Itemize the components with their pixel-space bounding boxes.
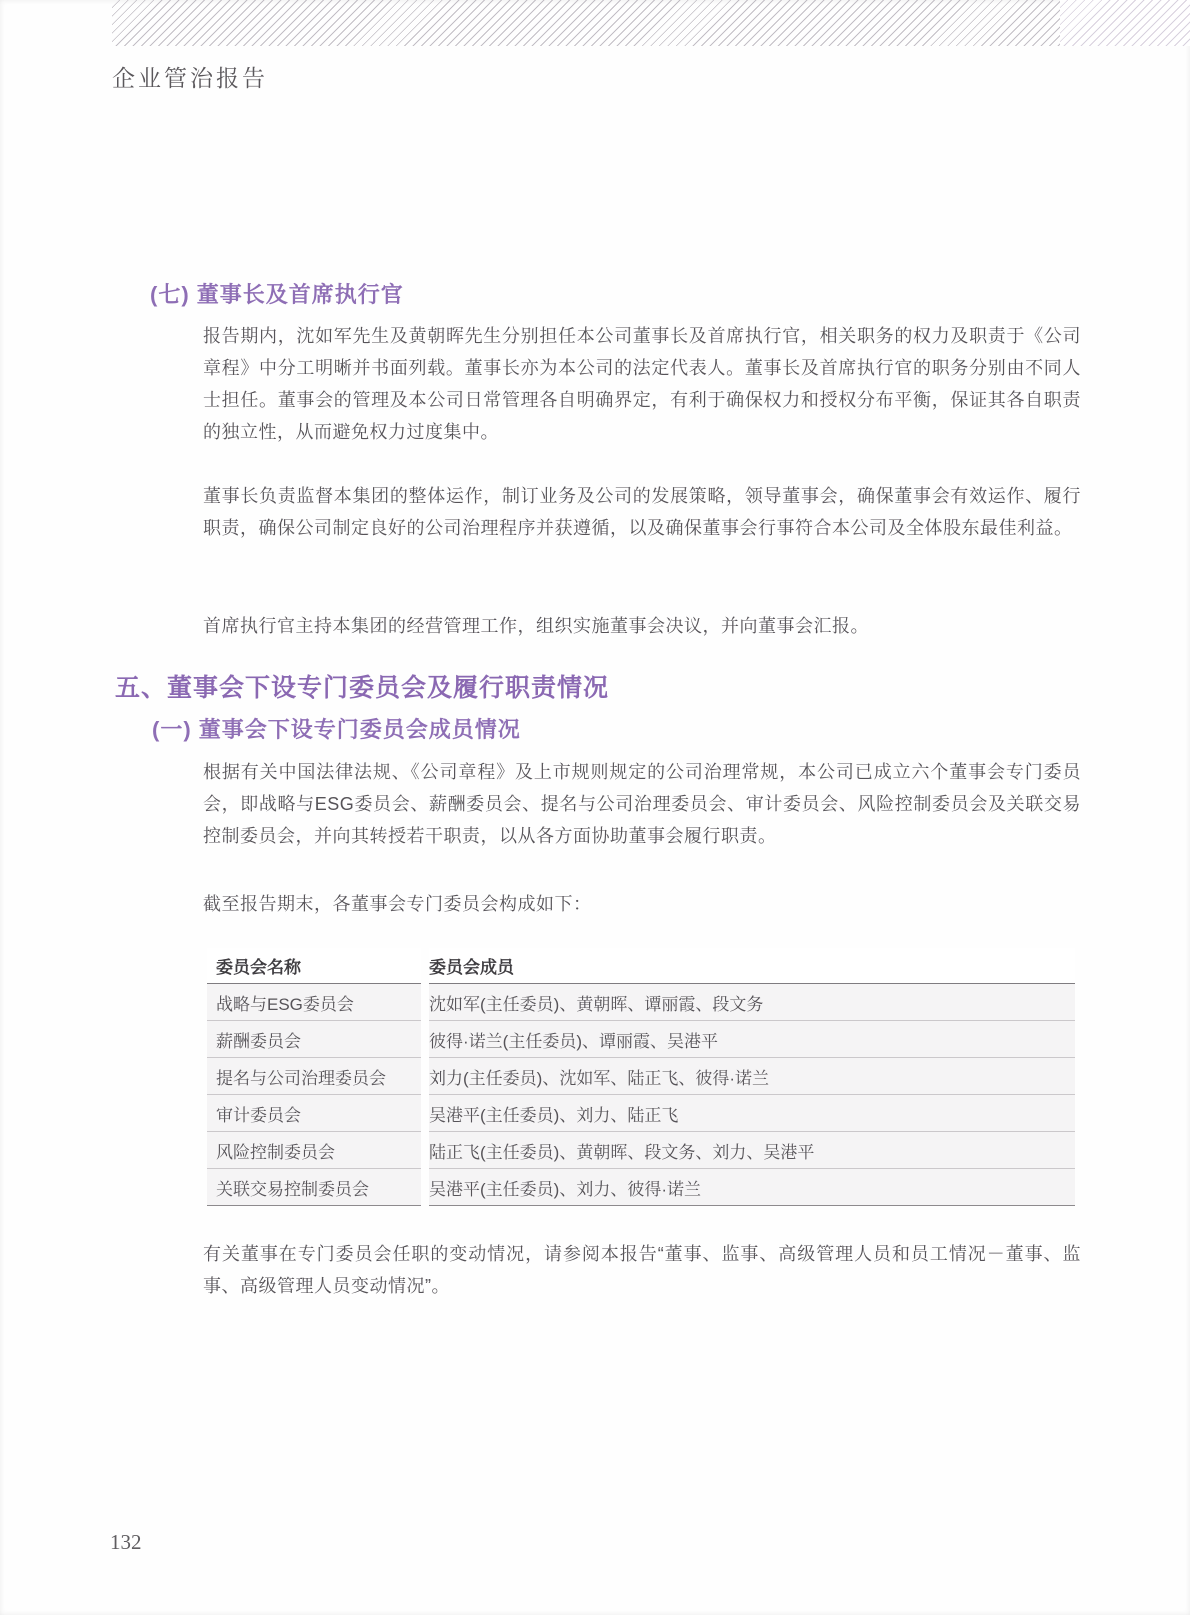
committee-name-cell: 审计委员会 <box>207 1095 421 1132</box>
document-section-title: 企业管治报告 <box>112 60 268 93</box>
table-row: 审计委员会 吴港平(主任委员)、刘力、陆正飞 <box>207 1095 1075 1132</box>
committee-members-cell: 彼得·诺兰(主任委员)、谭丽霞、吴港平 <box>429 1021 1075 1058</box>
heading-committee-members: (一) 董事会下设专门委员会成员情况 <box>152 713 521 744</box>
heading-chairman-ceo: (七) 董事长及首席执行官 <box>150 278 404 309</box>
heading-board-committees: 五、董事会下设专门委员会及履行职责情况 <box>115 668 609 704</box>
hatch-pattern-band-accent <box>1060 0 1190 46</box>
committee-table-header-row: 委员会名称 委员会成员 <box>207 948 1075 984</box>
table-row: 风险控制委员会 陆正飞(主任委员)、黄朝晖、段文务、刘力、吴港平 <box>207 1132 1075 1169</box>
committee-members-cell: 陆正飞(主任委员)、黄朝晖、段文务、刘力、吴港平 <box>429 1132 1075 1169</box>
paragraph-committees-intro: 截至报告期末，各董事会专门委员会构成如下： <box>203 888 1081 920</box>
column-gap <box>421 1095 429 1132</box>
committee-name-cell: 风险控制委员会 <box>207 1132 421 1169</box>
committee-name-cell: 关联交易控制委员会 <box>207 1169 421 1206</box>
column-gap <box>421 1169 429 1206</box>
column-header-committee-name: 委员会名称 <box>207 948 421 984</box>
paragraph-chairman-ceo-1: 报告期内，沈如军先生及黄朝晖先生分别担任本公司董事长及首席执行官，相关职务的权力… <box>203 320 1081 448</box>
paragraph-committee-change-note: 有关董事在专门委员会任职的变动情况，请参阅本报告“董事、监事、高级管理人员和员工… <box>203 1238 1081 1302</box>
committee-name-cell: 提名与公司治理委员会 <box>207 1058 421 1095</box>
committee-members-cell: 沈如军(主任委员)、黄朝晖、谭丽霞、段文务 <box>429 984 1075 1021</box>
column-gap <box>421 948 429 984</box>
page-number: 132 <box>110 1530 142 1555</box>
table-row: 关联交易控制委员会 吴港平(主任委员)、刘力、彼得·诺兰 <box>207 1169 1075 1206</box>
column-header-committee-members: 委员会成员 <box>429 948 1075 984</box>
committee-members-cell: 吴港平(主任委员)、刘力、彼得·诺兰 <box>429 1169 1075 1206</box>
report-page: 企业管治报告 (七) 董事长及首席执行官 报告期内，沈如军先生及黄朝晖先生分别担… <box>0 0 1190 1615</box>
paragraph-chairman-ceo-2: 董事长负责监督本集团的整体运作，制订业务及公司的发展策略，领导董事会，确保董事会… <box>203 480 1081 544</box>
hatch-pattern-band <box>112 0 1190 46</box>
column-gap <box>421 1132 429 1169</box>
table-row: 提名与公司治理委员会 刘力(主任委员)、沈如军、陆正飞、彼得·诺兰 <box>207 1058 1075 1095</box>
committee-members-cell: 吴港平(主任委员)、刘力、陆正飞 <box>429 1095 1075 1132</box>
committee-table: 委员会名称 委员会成员 战略与ESG委员会 沈如军(主任委员)、黄朝晖、谭丽霞、… <box>207 948 1075 1206</box>
committee-name-cell: 战略与ESG委员会 <box>207 984 421 1021</box>
committee-members-cell: 刘力(主任委员)、沈如军、陆正飞、彼得·诺兰 <box>429 1058 1075 1095</box>
column-gap <box>421 984 429 1021</box>
paragraph-chairman-ceo-3: 首席执行官主持本集团的经营管理工作，组织实施董事会决议，并向董事会汇报。 <box>203 610 1081 642</box>
committee-name-cell: 薪酬委员会 <box>207 1021 421 1058</box>
column-gap <box>421 1021 429 1058</box>
table-row: 战略与ESG委员会 沈如军(主任委员)、黄朝晖、谭丽霞、段文务 <box>207 984 1075 1021</box>
column-gap <box>421 1058 429 1095</box>
table-row: 薪酬委员会 彼得·诺兰(主任委员)、谭丽霞、吴港平 <box>207 1021 1075 1058</box>
paragraph-committees-1: 根据有关中国法律法规、《公司章程》及上市规则规定的公司治理常规，本公司已成立六个… <box>203 756 1081 852</box>
